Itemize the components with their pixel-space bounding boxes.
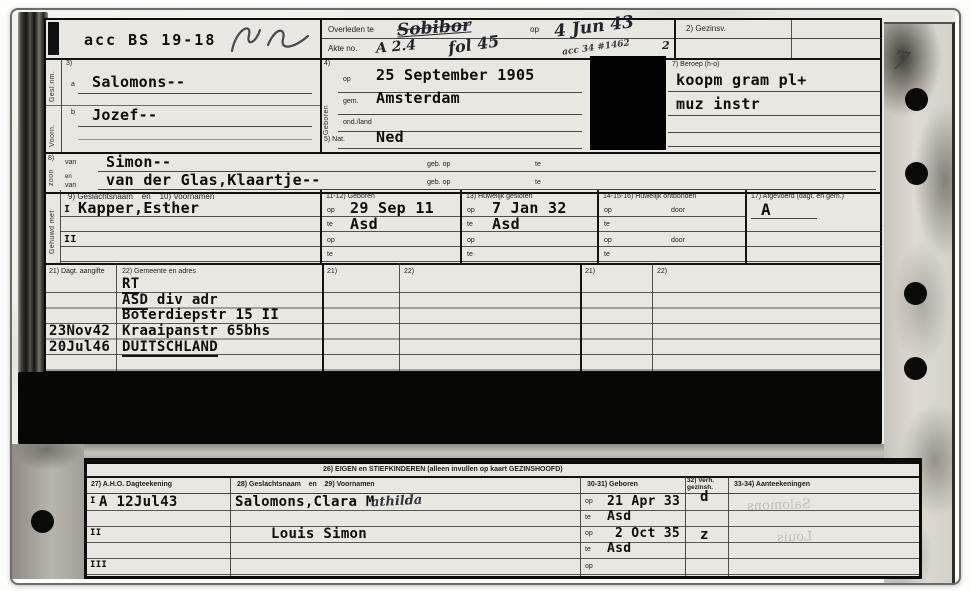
signature-paraph-icon bbox=[224, 21, 320, 57]
residence-date: 23Nov42 bbox=[49, 324, 110, 338]
field-3-number: 3) bbox=[66, 60, 72, 67]
te-label: te bbox=[467, 251, 473, 258]
op-label: op bbox=[585, 498, 593, 505]
birth-ond-label: ond./land bbox=[343, 119, 372, 126]
father-te-label: te bbox=[532, 161, 544, 168]
address-rest: div adr bbox=[148, 292, 218, 308]
address-rest: Kraaipanstr 65bhs bbox=[122, 323, 270, 339]
child-roman: III bbox=[90, 561, 107, 570]
residence-row: 21) Dagt. aangifte 22) Gemeente en adres… bbox=[46, 263, 880, 371]
child-roman: I bbox=[90, 497, 96, 506]
te-label: te bbox=[604, 221, 610, 228]
field-8-number: 8) bbox=[48, 155, 54, 162]
spouse-name-value: Kapper,Esther bbox=[78, 201, 199, 216]
door-label: door bbox=[671, 207, 685, 214]
te-label: te bbox=[604, 251, 610, 258]
te-label: te bbox=[585, 514, 591, 521]
punch-hole-icon bbox=[905, 88, 928, 111]
parents-side-label: zoon bbox=[48, 162, 55, 186]
residence-addr-header: 22) Gemeente en adres bbox=[122, 268, 196, 275]
name-block: Gesl.nm. 3) a Salomons-- Voorn. b Jozef-… bbox=[46, 58, 322, 152]
punch-hole-icon bbox=[904, 357, 927, 380]
redaction-bar bbox=[18, 372, 882, 444]
firstname-value: Jozef-- bbox=[92, 108, 157, 123]
op-label: op bbox=[467, 207, 475, 214]
margin-mark-handwritten: 2 bbox=[662, 40, 670, 51]
birth-place-value: Amsterdam bbox=[376, 91, 460, 106]
registration-card-front: acc BS 19-18 Overleden te Sobibor op 4 J… bbox=[44, 18, 882, 373]
occupation-line2: muz instr bbox=[676, 97, 760, 112]
residence-address: ASD div adr bbox=[122, 293, 218, 307]
surname-side-label: Gesl.nm. bbox=[49, 64, 56, 102]
gezinsv-block: 2) Gezinsv. bbox=[674, 20, 882, 58]
occupation-block: 7) Beroep (h-o) koopm gram pl+ muz instr bbox=[668, 58, 880, 152]
col22-header: 22) bbox=[657, 268, 667, 275]
op-label: op bbox=[327, 207, 335, 214]
op-label: op bbox=[604, 207, 612, 214]
nationality-label: 5) Nat. bbox=[324, 136, 345, 143]
col21-header: 21) bbox=[327, 268, 337, 275]
marriage-side-label: Gehuwd met bbox=[49, 202, 56, 254]
photo-redaction-box bbox=[590, 56, 666, 150]
occupation-label: 7) Beroep (h-o) bbox=[672, 61, 719, 68]
acc-number: acc BS 19-18 bbox=[84, 33, 216, 48]
op-label: op bbox=[585, 530, 593, 537]
overleden-op-label: op bbox=[530, 26, 539, 34]
nationality-value: Ned bbox=[376, 130, 404, 145]
gezinsv-label: 2) Gezinsv. bbox=[686, 25, 726, 33]
te-label: te bbox=[467, 221, 473, 228]
overleden-label: Overleden te bbox=[328, 26, 374, 34]
field-a-label: a bbox=[71, 81, 75, 88]
op-label: op bbox=[604, 237, 612, 244]
akte-note-handwritten: acc 34 #1462 bbox=[562, 39, 631, 57]
firstname-side-label: Voorn. bbox=[49, 113, 56, 147]
aho-header: 27) A.H.O. Dagteekening bbox=[91, 481, 172, 488]
marriage-date-value: 7 Jan 32 bbox=[492, 201, 567, 216]
field-b-label: b bbox=[71, 109, 75, 116]
birth-date-value: 25 September 1905 bbox=[376, 68, 535, 83]
overleden-akte-block: Overleden te Sobibor op 4 Jun 43 Akte no… bbox=[320, 20, 676, 58]
marriage-place-value: Asd bbox=[492, 217, 520, 232]
firstname-cell: Voorn. b Jozef-- bbox=[46, 105, 320, 152]
akte-label: Akte no. bbox=[328, 45, 357, 53]
marriage-row: Gehuwd met 9) Geslachtsnaam en 10) Voorn… bbox=[46, 190, 880, 265]
ink-smudge bbox=[48, 22, 59, 55]
children-born-header: 30-31) Geboren bbox=[587, 481, 638, 488]
te-label: te bbox=[327, 251, 333, 258]
roman-one: I bbox=[64, 205, 70, 215]
removed-value: A bbox=[761, 202, 771, 218]
te-label: te bbox=[327, 221, 333, 228]
te-label: te bbox=[585, 546, 591, 553]
child-born-date: 2 Oct 35 bbox=[615, 527, 680, 540]
col21-header: 21) bbox=[585, 268, 595, 275]
punch-hole-icon bbox=[905, 162, 928, 185]
child-aho-date: A 12Jul43 bbox=[99, 495, 178, 509]
mother-te-label: te bbox=[532, 179, 544, 186]
surname-cell: Gesl.nm. 3) a Salomons-- bbox=[46, 58, 320, 106]
children-section-title: 26) EIGEN en STIEFKINDEREN (alleen invul… bbox=[323, 466, 563, 473]
residence-date-header: 21) Dagt. aangifte bbox=[49, 268, 105, 275]
spouse-born-col: 11-12) Geboren op 29 Sep 11 te Asd op te bbox=[320, 190, 462, 263]
akte-folio-handwritten: fol 45 bbox=[447, 33, 500, 56]
birth-block: 4) Geboren op 25 September 1905 gem. Ams… bbox=[320, 58, 592, 152]
notes-header: 33-34) Aanteekeningen bbox=[734, 481, 810, 488]
child-born-place: Asd bbox=[607, 510, 631, 523]
spouse-born-place: Asd bbox=[350, 217, 378, 232]
child-born-place: Asd bbox=[607, 542, 631, 555]
surname-value: Salomons-- bbox=[92, 75, 185, 90]
spouse-born-date: 29 Sep 11 bbox=[350, 201, 434, 216]
child-name-typed: Salomons,Clara M bbox=[235, 495, 375, 509]
mother-name: van der Glas,Klaartje-- bbox=[106, 173, 321, 188]
father-geb-op-label: geb. op bbox=[424, 161, 453, 168]
page-number-handwritten: 7 bbox=[889, 47, 911, 77]
child-name-typed: Louis Simon bbox=[271, 527, 367, 541]
father-name: Simon-- bbox=[106, 155, 171, 170]
residence-address: Boterdiepstr 15 II bbox=[122, 308, 279, 322]
residence-date: 20Jul46 bbox=[49, 340, 110, 354]
overleden-date-handwritten: 4 Jun 43 bbox=[553, 14, 635, 41]
children-card: 26) EIGEN en STIEFKINDEREN (alleen invul… bbox=[84, 458, 922, 579]
child-roman: II bbox=[90, 529, 101, 538]
roman-two: II bbox=[64, 235, 77, 245]
residence-address: RT bbox=[122, 277, 139, 291]
residence-address: DUITSCHLAND bbox=[122, 340, 218, 354]
child-relation: d bbox=[700, 490, 709, 504]
marriage-date-col: 13) Huwelijk gesloten op 7 Jan 32 te Asd… bbox=[460, 190, 599, 263]
address-underlined: DUITSCHLAND bbox=[122, 339, 218, 357]
lower-left-margin bbox=[12, 444, 84, 579]
spouse-name-col: 9) Geslachtsnaam en 10) Voornamen I Kapp… bbox=[60, 190, 320, 263]
removed-header: 17) Afgevoerd (dagt. en gem.) bbox=[751, 193, 844, 200]
op-label: op bbox=[467, 237, 475, 244]
children-name-header: 28) Geslachtsnaam en 29) Voornamen bbox=[237, 481, 375, 488]
scanned-registration-document: acc BS 19-18 Overleden te Sobibor op 4 J… bbox=[0, 0, 971, 591]
card-header-row: acc BS 19-18 Overleden te Sobibor op 4 J… bbox=[46, 20, 880, 60]
birth-gem-label: gem. bbox=[343, 98, 359, 105]
mother-en-label: en bbox=[65, 174, 72, 180]
birth-side-label: Geboren bbox=[323, 73, 330, 135]
bleedthrough-text: Louis bbox=[777, 529, 813, 545]
child-name-handwritten: athilda bbox=[371, 494, 423, 510]
removed-col: 17) Afgevoerd (dagt. en gem.) A bbox=[745, 190, 882, 263]
marriage-dissolved-header: 14-15-16) Huwelijk ontbonden bbox=[603, 193, 696, 200]
akte-number-handwritten: A 2.4 bbox=[375, 38, 416, 55]
mother-geb-op-label: geb. op bbox=[424, 179, 453, 186]
birth-op-label: op bbox=[343, 76, 351, 83]
col22-header: 22) bbox=[404, 268, 414, 275]
occupation-line1: koopm gram pl+ bbox=[676, 73, 807, 88]
marriage-dissolved-col: 14-15-16) Huwelijk ontbonden op door te … bbox=[597, 190, 747, 263]
bleedthrough-text: Salomons bbox=[747, 497, 811, 514]
field-4-number: 4) bbox=[324, 60, 330, 67]
address-rest: Boterdiepstr 15 II bbox=[122, 307, 279, 323]
op-label: op bbox=[327, 237, 335, 244]
door-label: door bbox=[671, 237, 685, 244]
father-van-label: van bbox=[65, 159, 76, 166]
op-label: op bbox=[585, 563, 593, 570]
child-born-date: 21 Apr 33 bbox=[607, 495, 680, 508]
children-section-header: 26) EIGEN en STIEFKINDEREN (alleen invul… bbox=[87, 464, 919, 478]
mother-van-label: van bbox=[65, 182, 76, 189]
punch-hole-icon bbox=[31, 510, 54, 533]
punch-hole-icon bbox=[904, 282, 927, 305]
residence-address: Kraaipanstr 65bhs bbox=[122, 324, 270, 338]
child-relation: z bbox=[700, 528, 709, 542]
parents-row: 8) zoon van Simon-- en van van der Glas,… bbox=[46, 152, 880, 194]
